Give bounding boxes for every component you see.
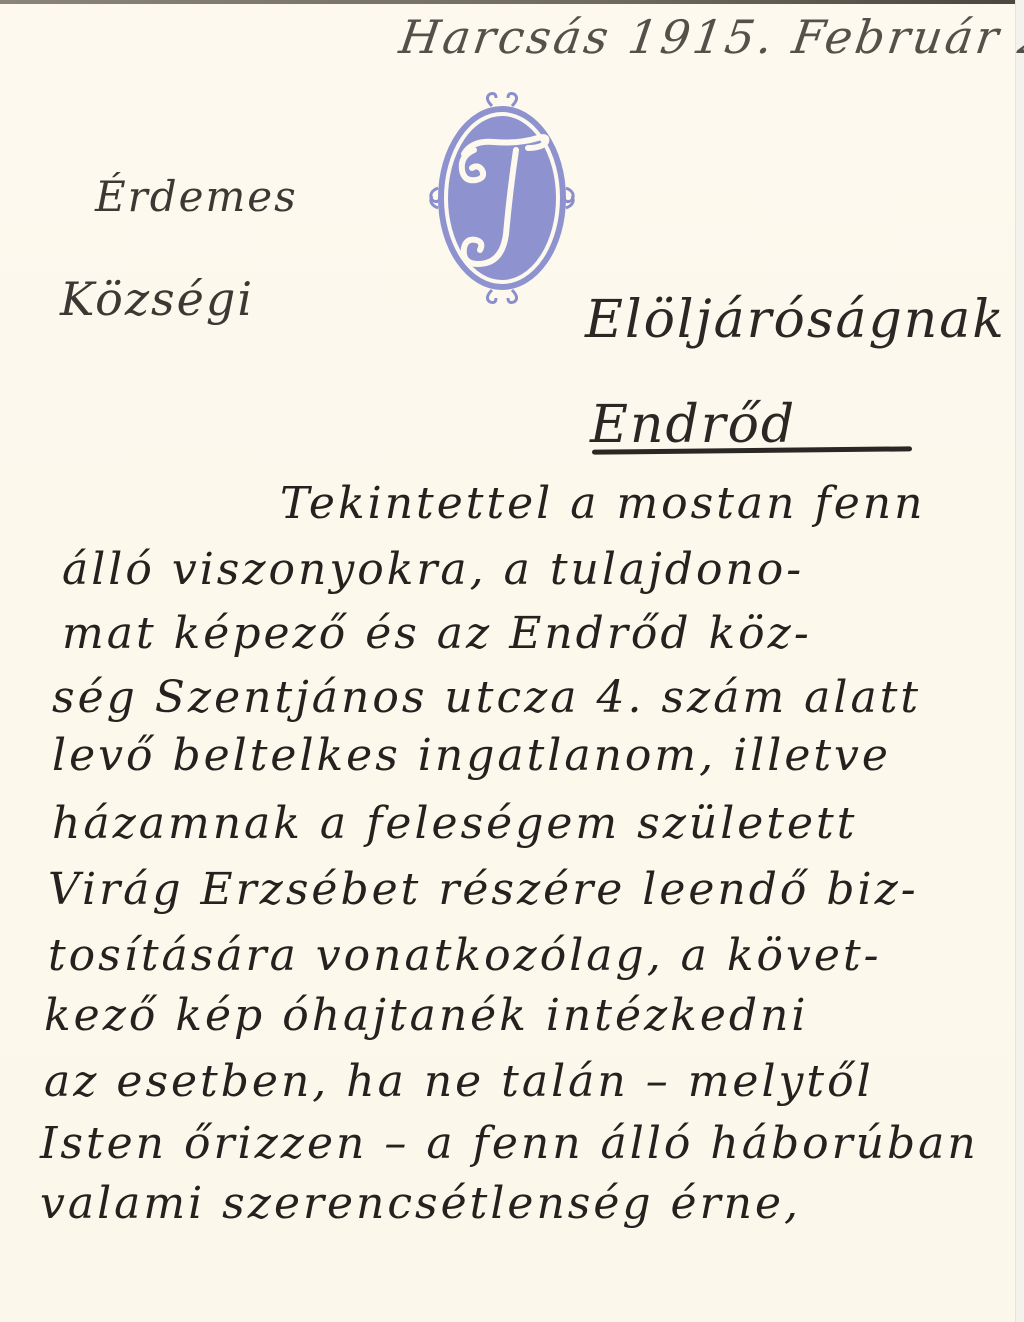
addressee: Elöljáróságnak [585, 290, 1006, 350]
body-line: tosítására vonatkozólag, a követ- [48, 930, 882, 981]
scan-right-edge [1015, 0, 1024, 1322]
body-line: Tekintettel a mostan fenn [280, 478, 925, 529]
ornate-oval-monogram-icon [428, 92, 576, 304]
body-line: Virág Erzsébet részére leendő biz- [48, 864, 919, 915]
salutation-line-2: Községi [60, 272, 254, 326]
place-name: Endrőd [590, 395, 796, 455]
body-line: házamnak a feleségem született [52, 798, 857, 849]
body-line: levő beltelkes ingatlanom, illetve [52, 730, 891, 781]
body-line: álló viszonyokra, a tulajdono- [62, 544, 804, 595]
scan-top-edge [0, 0, 1024, 4]
body-line: az esetben, ha ne talán – melytől [44, 1056, 874, 1107]
salutation-line-1: Érdemes [95, 172, 298, 221]
body-line: ség Szentjános utcza 4. szám alatt [52, 672, 921, 723]
body-line: kező kép óhajtanék intézkedni [44, 990, 808, 1041]
body-line: valami szerencsétlenség érne, [40, 1178, 801, 1229]
body-line: mat képező és az Endrőd köz- [62, 608, 812, 659]
body-line: Isten őrizzen – a fenn álló háborúban [40, 1118, 979, 1169]
dateline: Harcsás 1915. Február 22 [396, 10, 1024, 64]
